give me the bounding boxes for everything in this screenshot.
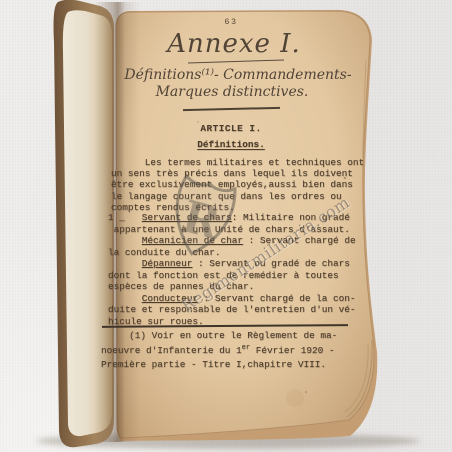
- text-line: espèces de pannes du char.: [108, 281, 356, 293]
- text-line: 1 _ Servant de chars: Militaire non grad…: [108, 212, 356, 224]
- text-line: (1) Voir en outre le Règlement de ma-: [101, 329, 337, 342]
- text-line: Dépanneur : Servant ou gradé de chars: [108, 258, 356, 270]
- text-line: Les termes militaires et techniques ont: [111, 157, 364, 168]
- title-underline-flourish: [188, 59, 284, 63]
- text-line: noeuvre d'Infanterie du 1er Février 1920…: [101, 342, 337, 358]
- definitions-list: 1 _ Servant de chars: Militaire non grad…: [108, 212, 356, 327]
- text-line: Conducteur : Servant chargé de la con-: [108, 293, 356, 305]
- text-line: appartenant à une Unité de chars d'assau…: [108, 224, 356, 236]
- intro-paragraph: Les termes militaires et techniques ontu…: [111, 157, 364, 213]
- subtitle-line-1: Définitions⁽¹⁾- Commandements-: [104, 67, 372, 83]
- text-line: la conduite du char.: [108, 247, 356, 259]
- book-page-photo: 63 Annexe I. Définitions⁽¹⁾- Commandemen…: [0, 0, 452, 452]
- text-line: Mécanicien de char : Servant chargé de: [108, 235, 356, 247]
- article-heading: ARTICLE I.: [108, 123, 354, 134]
- annexe-title: Annexe I.: [118, 29, 350, 59]
- text-line: le langage courant que dans les ordres o…: [111, 191, 364, 202]
- subtitle-line-2: Marques distinctives.: [104, 84, 360, 100]
- page-text-layer: 63 Annexe I. Définitions⁽¹⁾- Commandemen…: [0, 0, 452, 452]
- section-heading: Définitions.: [108, 139, 354, 150]
- page-number: 63: [108, 17, 354, 27]
- text-line: duite et responsable de l'entretien d'un…: [108, 304, 356, 316]
- subtitle-underline-flourish: [183, 107, 280, 111]
- text-line: Première partie - Titre I,chapitre VIII.: [101, 358, 337, 371]
- text-line: dont la fonction est de remédier à toute…: [108, 270, 356, 282]
- footnote-text: (1) Voir en outre le Règlement de ma-noe…: [101, 329, 337, 371]
- text-line: un sens très précis dans lequel ils doiv…: [111, 168, 364, 179]
- text-line: être exclusivement employés,aussi bien d…: [111, 179, 364, 190]
